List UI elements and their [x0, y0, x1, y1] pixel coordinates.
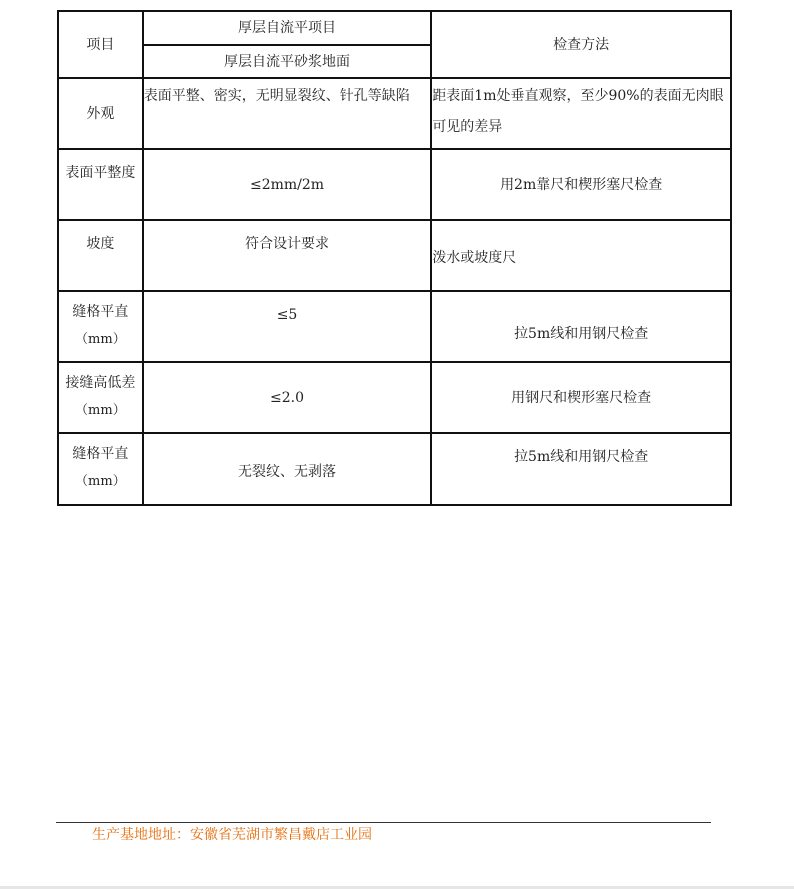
row-standard: 无裂纹、无剥落 [143, 433, 432, 505]
row-item: 接缝高低差 [59, 369, 142, 397]
row-item-cell: 接缝高低差 （mm） [58, 362, 143, 433]
row-item-unit: （mm） [59, 468, 142, 496]
footer-address: 生产基地地址：安徽省芜湖市繁昌戴店工业园 [92, 824, 372, 844]
footer-divider [56, 822, 711, 823]
header-method: 检查方法 [431, 11, 731, 78]
inspection-table: 项目 厚层自流平项目 检查方法 厚层自流平砂浆地面 外观 表面平整、密实，无明显… [57, 10, 732, 506]
row-standard: 表面平整、密实，无明显裂纹、针孔等缺陷 [143, 78, 432, 149]
row-standard: ≤5 [143, 291, 432, 362]
row-method: 拉5m线和用钢尺检查 [431, 291, 731, 362]
header-material: 厚层自流平砂浆地面 [143, 45, 432, 78]
row-method: 拉5m线和用钢尺检查 [431, 433, 731, 505]
row-item-unit: （mm） [59, 326, 142, 354]
row-item: 表面平整度 [58, 149, 143, 220]
table-row: 坡度 符合设计要求 泼水或坡度尺 [58, 220, 731, 291]
header-project: 厚层自流平项目 [143, 11, 432, 45]
table-row: 接缝高低差 （mm） ≤2.0 用钢尺和楔形塞尺检查 [58, 362, 731, 433]
row-item: 外观 [58, 78, 143, 149]
row-method: 用2m靠尺和楔形塞尺检查 [431, 149, 731, 220]
row-item: 缝格平直 [59, 440, 142, 468]
row-item-cell: 缝格平直 （mm） [58, 433, 143, 505]
row-method: 用钢尺和楔形塞尺检查 [431, 362, 731, 433]
table-row: 缝格平直 （mm） ≤5 拉5m线和用钢尺检查 [58, 291, 731, 362]
row-standard: ≤2mm/2m [143, 149, 432, 220]
table-row: 表面平整度 ≤2mm/2m 用2m靠尺和楔形塞尺检查 [58, 149, 731, 220]
row-standard: 符合设计要求 [143, 220, 432, 291]
row-item: 坡度 [58, 220, 143, 291]
table-row: 外观 表面平整、密实，无明显裂纹、针孔等缺陷 距表面1m处垂直观察，至少90%的… [58, 78, 731, 149]
row-item-cell: 缝格平直 （mm） [58, 291, 143, 362]
table-row: 缝格平直 （mm） 无裂纹、无剥落 拉5m线和用钢尺检查 [58, 433, 731, 505]
header-row: 项目 厚层自流平项目 检查方法 [58, 11, 731, 45]
row-standard: ≤2.0 [143, 362, 432, 433]
row-method: 泼水或坡度尺 [431, 220, 731, 291]
row-method: 距表面1m处垂直观察，至少90%的表面无肉眼可见的差异 [431, 78, 731, 149]
row-item-unit: （mm） [59, 397, 142, 425]
header-item: 项目 [58, 11, 143, 78]
row-item: 缝格平直 [59, 298, 142, 326]
